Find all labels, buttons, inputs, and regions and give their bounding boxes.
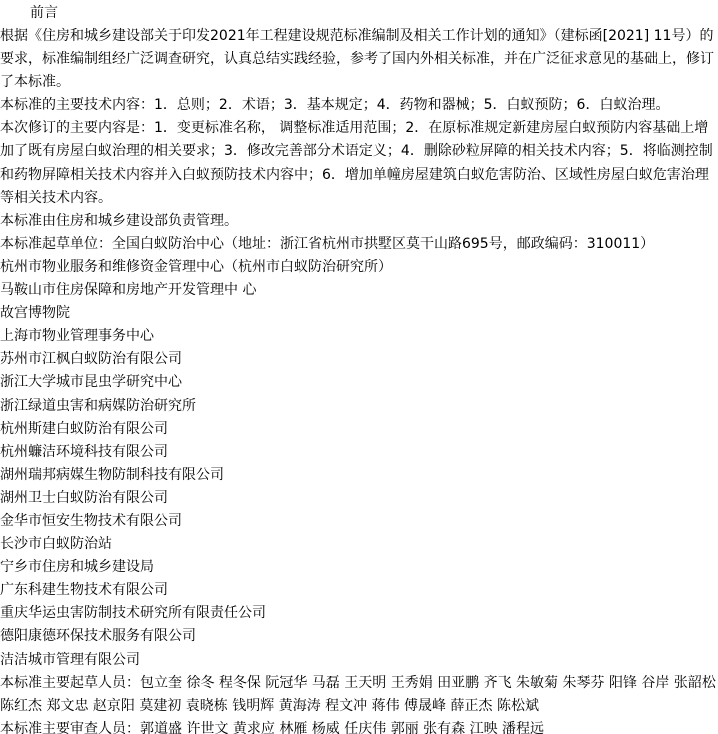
list-item: 上海市物业管理事务中心: [0, 325, 718, 348]
drafters-paragraph: 本标准主要起草人员：包立奎 徐冬 程冬保 阮冠华 马磊 王天明 王秀娟 田亚鹏 …: [0, 672, 718, 718]
list-item: 杭州斯建白蚁防治有限公司: [0, 418, 718, 441]
participating-units-list: 杭州市物业服务和维修资金管理中心（杭州市白蚁防治研究所） 马鞍山市住房保障和房地…: [0, 256, 718, 672]
list-item: 湖州卫士白蚁防治有限公司: [0, 487, 718, 510]
list-item: 广东科建生物技术有限公司: [0, 579, 718, 602]
list-item: 重庆华运虫害防制技术研究所有限责任公司: [0, 602, 718, 625]
chief-drafter-paragraph: 本标准起草单位：全国白蚁防治中心（地址：浙江省杭州市拱墅区莫干山路695号，邮政…: [0, 233, 718, 256]
list-item: 苏州市江枫白蚁防治有限公司: [0, 348, 718, 371]
list-item: 长沙市白蚁防治站: [0, 533, 718, 556]
document-title: 前言: [0, 2, 718, 25]
list-item: 金华市恒安生物技术有限公司: [0, 510, 718, 533]
document-body: 前言 根据《住房和城乡建设部关于印发2021年工程建设规范标准编制及相关工作计划…: [0, 0, 718, 734]
reviewers-paragraph: 本标准主要审查人员：郭道盛 许世文 黄求应 林雁 杨威 任庆伟 郭丽 张有森 江…: [0, 718, 718, 734]
list-item: 故宫博物院: [0, 302, 718, 325]
list-item: 杭州蠊洁环境科技有限公司: [0, 441, 718, 464]
list-item: 宁乡市住房和城乡建设局: [0, 556, 718, 579]
list-item: 洁洁城市管理有限公司: [0, 649, 718, 672]
main-content-paragraph: 本标准的主要技术内容：1．总则；2．术语；3．基本规定；4．药物和器械；5．白蚁…: [0, 94, 718, 117]
list-item: 浙江绿道虫害和病媒防治研究所: [0, 395, 718, 418]
list-item: 马鞍山市住房保障和房地产开发管理中 心: [0, 279, 718, 302]
revisions-paragraph: 本次修订的主要内容是：1．变更标准名称， 调整标准适用范围；2．在原标准规定新建…: [0, 117, 718, 209]
list-item: 杭州市物业服务和维修资金管理中心（杭州市白蚁防治研究所）: [0, 256, 718, 279]
list-item: 湖州瑞邦病媒生物防制科技有限公司: [0, 464, 718, 487]
list-item: 浙江大学城市昆虫学研究中心: [0, 371, 718, 394]
management-paragraph: 本标准由住房和城乡建设部负责管理。: [0, 210, 718, 233]
intro-paragraph: 根据《住房和城乡建设部关于印发2021年工程建设规范标准编制及相关工作计划的通知…: [0, 25, 718, 94]
list-item: 德阳康德环保技术服务有限公司: [0, 625, 718, 648]
